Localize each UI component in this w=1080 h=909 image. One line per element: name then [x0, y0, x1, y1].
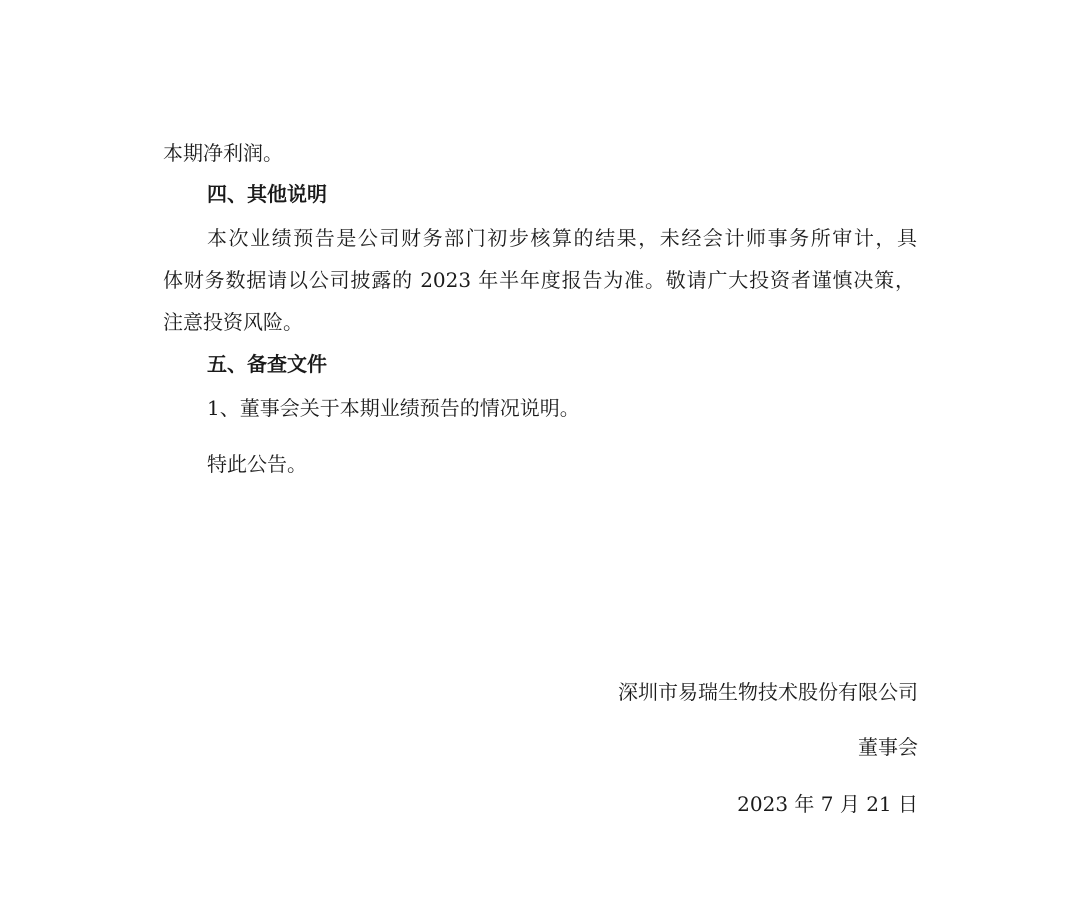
list-item: 1、董事会关于本期业绩预告的情况说明。 [207, 396, 580, 420]
signature-date: 2023 年 7 月 21 日 [737, 792, 918, 816]
signature-board: 董事会 [858, 735, 918, 759]
signature-company: 深圳市易瑞生物技术股份有限公司 [618, 680, 918, 704]
paragraph-carryover: 本期净利润。 [163, 141, 283, 165]
paragraph-line: 注意投资风险。 [163, 310, 303, 334]
paragraph-line: 体财务数据请以公司披露的 2023 年半年度报告为准。敬请广大投资者谨慎决策， [163, 268, 915, 292]
closing-statement: 特此公告。 [207, 452, 307, 476]
section-heading-reference-docs: 五、备查文件 [207, 352, 327, 376]
section-heading-other-notes: 四、其他说明 [207, 182, 327, 206]
paragraph-line: 本次业绩预告是公司财务部门初步核算的结果，未经会计师事务所审计，具 [207, 226, 917, 250]
